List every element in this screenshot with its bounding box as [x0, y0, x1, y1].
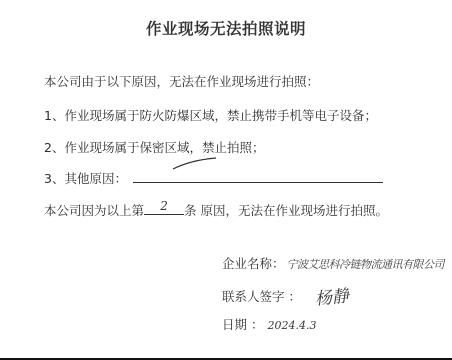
handwritten-dash-stroke: [171, 156, 221, 172]
intro-text: 本公司由于以下原因，无法在作业现场进行拍照：: [44, 74, 319, 90]
date-label: 日期 ：: [222, 317, 263, 332]
company-name-handwritten: 宁波艾思科冷链物流通讯有限公司: [287, 258, 445, 271]
company-label: 企业名称：: [222, 256, 285, 271]
document-page: 作业现场无法拍照说明 本公司由于以下原因，无法在作业现场进行拍照： 1、作业现场…: [0, 0, 452, 360]
reason-text: 其他原因：: [64, 171, 127, 186]
reason-text: 作业现场属于防火防爆区域，禁止携带手机等电子设备；: [64, 108, 377, 123]
reason-number: 1、: [44, 108, 64, 123]
reason-item-1: 1、作业现场属于防火防爆区域，禁止携带手机等电子设备；: [44, 108, 377, 124]
reason-item-2: 2、作业现场属于保密区域，禁止拍照；: [44, 140, 264, 156]
other-reason-blank: [133, 168, 383, 183]
conclusion-suffix: 条 原因，无法在作业现场进行拍照。: [184, 203, 388, 218]
reason-text: 作业现场属于保密区域，禁止拍照；: [64, 140, 264, 155]
date-value-handwritten: 2024.4.3: [267, 319, 316, 332]
conclusion-prefix: 本公司因为以上第: [44, 203, 144, 218]
contact-signature: 杨静: [314, 288, 349, 307]
contact-label: 联系人签字 ：: [222, 289, 301, 304]
conclusion-text: 本公司因为以上第2条 原因，无法在作业现场进行拍照。: [44, 200, 388, 219]
handwritten-reason-number: 2: [144, 198, 184, 214]
reason-number: 3、: [44, 171, 64, 186]
contact-row: 联系人签字 ：杨静: [222, 289, 349, 306]
document-title: 作业现场无法拍照说明: [0, 17, 452, 39]
date-row: 日期 ：2024.4.3: [222, 317, 316, 334]
reason-item-3: 3、其他原因：: [44, 168, 383, 187]
reason-number: 2、: [44, 140, 64, 155]
company-row: 企业名称：宁波艾思科冷链物流通讯有限公司: [222, 256, 444, 273]
reason-number-blank: 2: [144, 200, 184, 215]
